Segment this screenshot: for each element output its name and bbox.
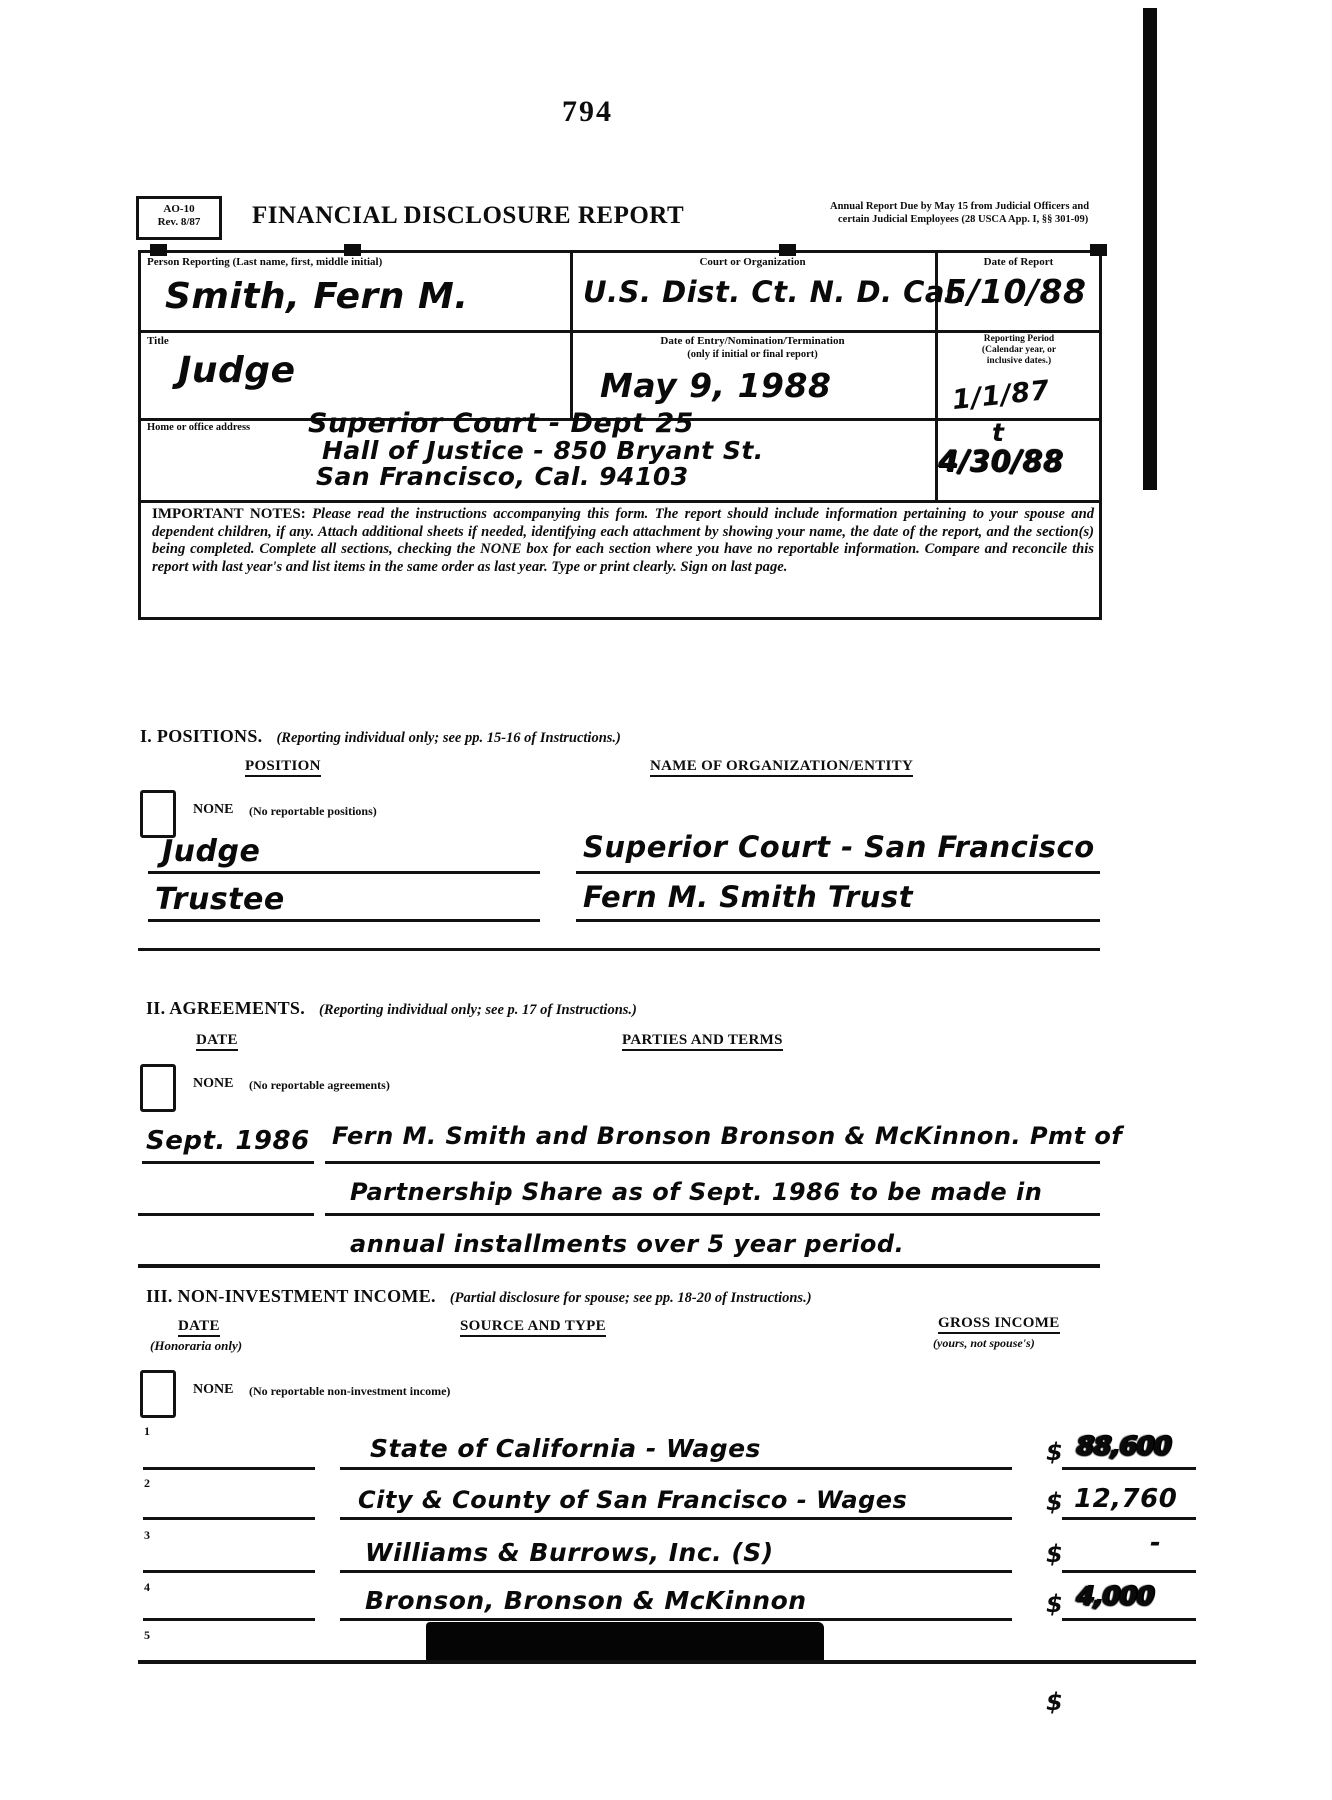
scan-edge-bar: [1143, 8, 1157, 490]
dollar-sign: $: [1046, 1438, 1063, 1466]
income-row-number: 4: [144, 1580, 150, 1595]
agreement-date: Sept. 1986: [146, 1126, 310, 1156]
entry-line: [148, 919, 540, 922]
section2-col-date: DATE: [196, 1032, 238, 1051]
entry-line: [576, 871, 1100, 874]
page-number: 794: [562, 95, 613, 129]
entry-line: [340, 1618, 1012, 1621]
entry-line: [142, 1161, 314, 1164]
form-number: AO-10: [139, 203, 219, 216]
entry-line: [576, 919, 1100, 922]
person-reporting-value: Smith, Fern M.: [165, 276, 468, 317]
address-label: Home or office address: [147, 422, 250, 433]
date-of-report-label: Date of Report: [935, 256, 1102, 269]
registration-mark: [1090, 244, 1107, 256]
section2-none-label: NONE: [193, 1076, 233, 1092]
entry-date-value: May 9, 1988: [600, 366, 831, 405]
section2-none-note: (No reportable agreements): [249, 1078, 390, 1093]
section1-none-checkbox: [140, 790, 176, 838]
entry-line: [143, 1517, 315, 1520]
dollar-sign: $: [1046, 1590, 1063, 1618]
income-amount: -: [1150, 1528, 1161, 1558]
section3-col-source: SOURCE AND TYPE: [460, 1318, 606, 1337]
reporting-period-sub1: (Calendar year, or: [938, 345, 1100, 356]
registration-mark: [344, 244, 361, 256]
income-source: Williams & Burrows, Inc. (S): [365, 1538, 774, 1567]
table-divider: [138, 330, 1102, 333]
address-line1: Superior Court - Dept 25: [308, 408, 694, 439]
section2-none-checkbox: [140, 1064, 176, 1112]
table-divider: [570, 250, 573, 418]
section3-heading-row: III. NON-INVESTMENT INCOME. (Partial dis…: [146, 1286, 812, 1307]
income-amount: 12,760: [1074, 1484, 1177, 1514]
income-row-number: 3: [144, 1528, 150, 1543]
table-divider: [138, 500, 1102, 503]
income-amount: 4,000: [1076, 1582, 1153, 1612]
entry-line: [340, 1467, 1012, 1470]
entry-line: [148, 871, 540, 874]
entry-line: [138, 1660, 1196, 1664]
period-to-value: 4/30/88: [938, 444, 1064, 478]
address-line3: San Francisco, Cal. 94103: [316, 462, 689, 491]
court-value: U.S. Dist. Ct. N. D. Cal.: [583, 275, 967, 309]
section3-col-gross-sub: (yours, not spouse's): [933, 1336, 1035, 1351]
title-value: Judge: [178, 350, 295, 391]
section3-col-date-sub: (Honoraria only): [150, 1338, 242, 1354]
organization-entry: Superior Court - San Francisco: [583, 830, 1095, 864]
agreement-terms: Partnership Share as of Sept. 1986 to be…: [350, 1178, 1042, 1206]
income-amount: 88,600: [1076, 1432, 1170, 1462]
entry-date-label: Date of Entry/Nomination/Termination: [570, 335, 935, 348]
section1-heading: I. POSITIONS.: [140, 726, 262, 746]
organization-entry: Fern M. Smith Trust: [583, 880, 913, 914]
entry-line: [340, 1517, 1012, 1520]
income-source: City & County of San Francisco - Wages: [358, 1486, 907, 1514]
due-note-line2: certain Judicial Employees (28 USCA App.…: [838, 213, 1160, 226]
form-number-box: AO-10 Rev. 8/87: [136, 196, 222, 240]
registration-mark: [150, 244, 167, 256]
court-label: Court or Organization: [570, 256, 935, 269]
entry-line: [143, 1467, 315, 1470]
section3-none-label: NONE: [193, 1382, 233, 1398]
section2-heading: II. AGREEMENTS.: [146, 998, 305, 1018]
entry-date-sublabel: (only if initial or final report): [570, 349, 935, 360]
dollar-sign: $: [1046, 1488, 1063, 1516]
registration-mark: [779, 244, 796, 256]
dollar-sign: $: [1046, 1540, 1063, 1568]
section2-col-parties: PARTIES AND TERMS: [622, 1032, 783, 1051]
income-source: Bronson, Bronson & McKinnon: [365, 1586, 807, 1615]
due-note-line1: Annual Report Due by May 15 from Judicia…: [830, 200, 1160, 213]
agreement-terms: Fern M. Smith and Bronson Bronson & McKi…: [332, 1122, 1122, 1150]
section3-none-note: (No reportable non-investment income): [249, 1384, 450, 1399]
section1-heading-row: I. POSITIONS. (Reporting individual only…: [140, 726, 621, 747]
address-line2: Hall of Justice - 850 Bryant St.: [322, 436, 764, 465]
entry-line: [138, 1213, 314, 1216]
section2-heading-row: II. AGREEMENTS. (Reporting individual on…: [146, 998, 637, 1019]
entry-line: [1062, 1570, 1196, 1573]
section3-col-gross: GROSS INCOME: [938, 1315, 1060, 1334]
income-source: State of California - Wages: [370, 1434, 761, 1463]
section1-col-position: POSITION: [245, 758, 321, 777]
person-reporting-label: Person Reporting (Last name, first, midd…: [147, 256, 382, 269]
title-label: Title: [147, 335, 169, 348]
section3-heading: III. NON-INVESTMENT INCOME.: [146, 1286, 436, 1306]
entry-line: [138, 1264, 1100, 1268]
section3-none-checkbox: [140, 1370, 176, 1418]
position-entry: Judge: [162, 834, 260, 869]
important-notes: IMPORTANT NOTES: Please read the instruc…: [152, 506, 1094, 576]
entry-line: [143, 1618, 315, 1621]
entry-line: [143, 1570, 315, 1573]
section1-none-label: NONE: [193, 802, 233, 818]
section1-col-organization: NAME OF ORGANIZATION/ENTITY: [650, 758, 913, 777]
dollar-sign: $: [1046, 1688, 1063, 1716]
entry-line: [1062, 1467, 1196, 1470]
entry-line: [340, 1570, 1012, 1573]
section3-note: (Partial disclosure for spouse; see pp. …: [450, 1290, 812, 1306]
period-to-word: t: [992, 418, 1004, 447]
form-revision: Rev. 8/87: [139, 216, 219, 229]
form-title: FINANCIAL DISCLOSURE REPORT: [252, 202, 684, 230]
income-row-number: 5: [144, 1628, 150, 1643]
income-row-number: 1: [144, 1424, 150, 1439]
income-row-number: 2: [144, 1476, 150, 1491]
scanned-disclosure-form: 794 AO-10 Rev. 8/87 FINANCIAL DISCLOSURE…: [0, 0, 1332, 1800]
reporting-period-sub2: inclusive dates.): [938, 356, 1100, 367]
entry-line: [1062, 1517, 1196, 1520]
entry-line: [325, 1161, 1100, 1164]
important-notes-label: IMPORTANT NOTES:: [152, 506, 306, 522]
entry-line: [138, 948, 1100, 951]
position-entry: Trustee: [155, 882, 285, 917]
redaction-bar: [426, 1622, 824, 1664]
section1-none-note: (No reportable positions): [249, 804, 377, 819]
agreement-terms: annual installments over 5 year period.: [350, 1230, 904, 1258]
section3-col-date: DATE: [178, 1318, 220, 1337]
entry-line: [1062, 1618, 1196, 1621]
section1-note: (Reporting individual only; see pp. 15-1…: [276, 730, 620, 746]
date-of-report-value: 5/10/88: [944, 272, 1086, 311]
section2-note: (Reporting individual only; see p. 17 of…: [319, 1002, 637, 1018]
reporting-period-label: Reporting Period: [938, 334, 1100, 345]
entry-line: [325, 1213, 1100, 1216]
